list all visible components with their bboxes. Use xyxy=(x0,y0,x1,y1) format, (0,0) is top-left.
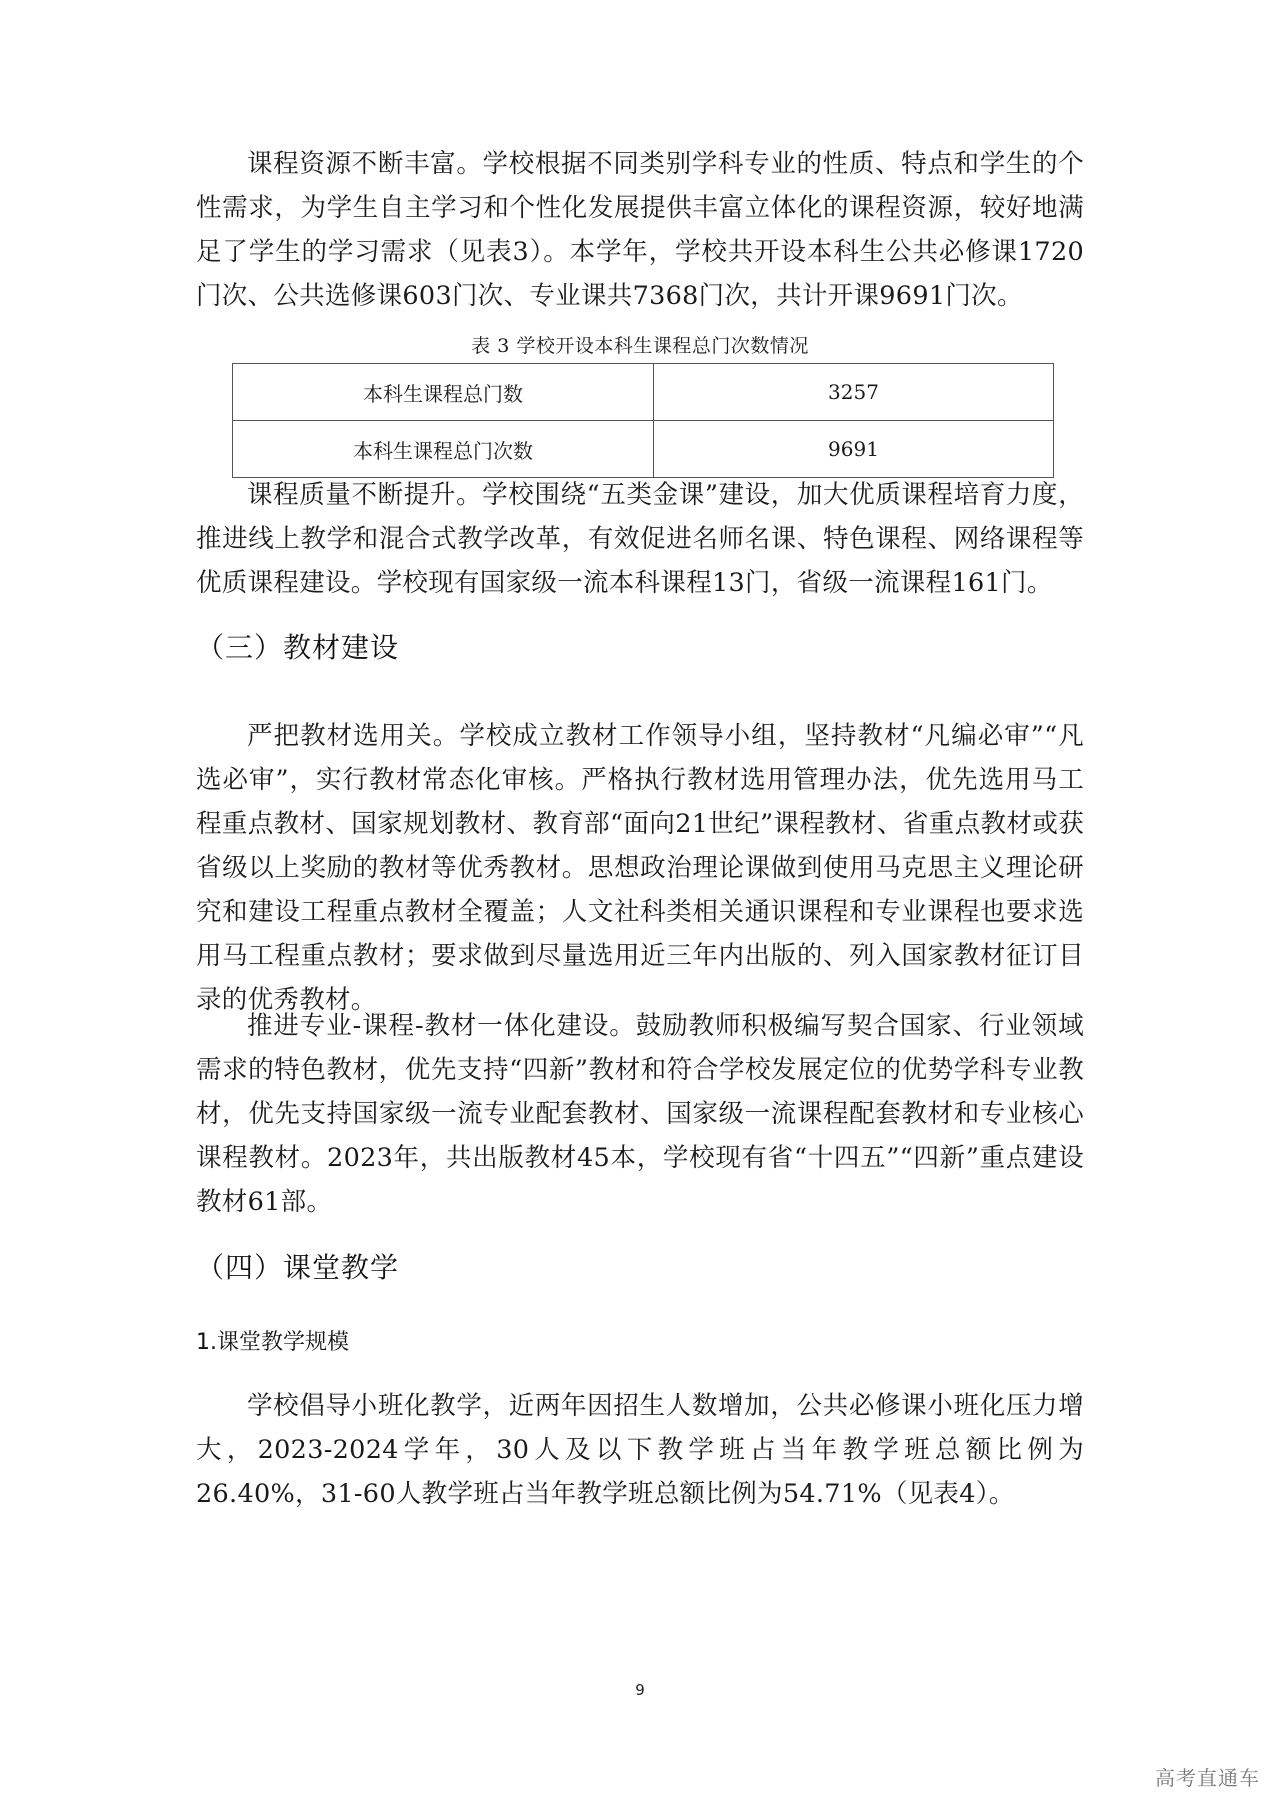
table-row: 本科生课程总门数 3257 xyxy=(233,364,1054,421)
subsection-heading-class-size: 1.课堂教学规模 xyxy=(196,1326,349,1360)
table-row: 本科生课程总门次数 9691 xyxy=(233,421,1054,478)
textbook-integration-paragraph: 推进专业-课程-教材一体化建设。鼓励教师积极编写契合国家、行业领域需求的特色教材… xyxy=(196,1004,1084,1224)
section-heading-textbooks: （三）教材建设 xyxy=(196,628,399,668)
page-number: 9 xyxy=(0,1681,1280,1699)
course-quality-paragraph: 课程质量不断提升。学校围绕“五类金课”建设，加大优质课程培育力度，推进线上教学和… xyxy=(196,473,1084,605)
table-cell-value: 3257 xyxy=(654,364,1054,421)
section-heading-classroom: （四）课堂教学 xyxy=(196,1248,399,1288)
class-size-paragraph: 学校倡导小班化教学，近两年因招生人数增加，公共必修课小班化压力增大，2023-2… xyxy=(196,1384,1084,1516)
table-cell-label: 本科生课程总门次数 xyxy=(233,421,654,478)
watermark-text: 高考直通车 xyxy=(1155,1762,1260,1791)
table-cell-value: 9691 xyxy=(654,421,1054,478)
table-3: 本科生课程总门数 3257 本科生课程总门次数 9691 xyxy=(232,363,1054,478)
table-3-caption: 表 3 学校开设本科生课程总门次数情况 xyxy=(196,332,1084,360)
table-cell-label: 本科生课程总门数 xyxy=(233,364,654,421)
document-page: 课程资源不断丰富。学校根据不同类别学科专业的性质、特点和学生的个性需求，为学生自… xyxy=(0,0,1280,1810)
textbook-selection-paragraph: 严把教材选用关。学校成立教材工作领导小组，坚持教材“凡编必审”“凡选必审”，实行… xyxy=(196,714,1084,1022)
course-resources-paragraph: 课程资源不断丰富。学校根据不同类别学科专业的性质、特点和学生的个性需求，为学生自… xyxy=(196,142,1084,318)
